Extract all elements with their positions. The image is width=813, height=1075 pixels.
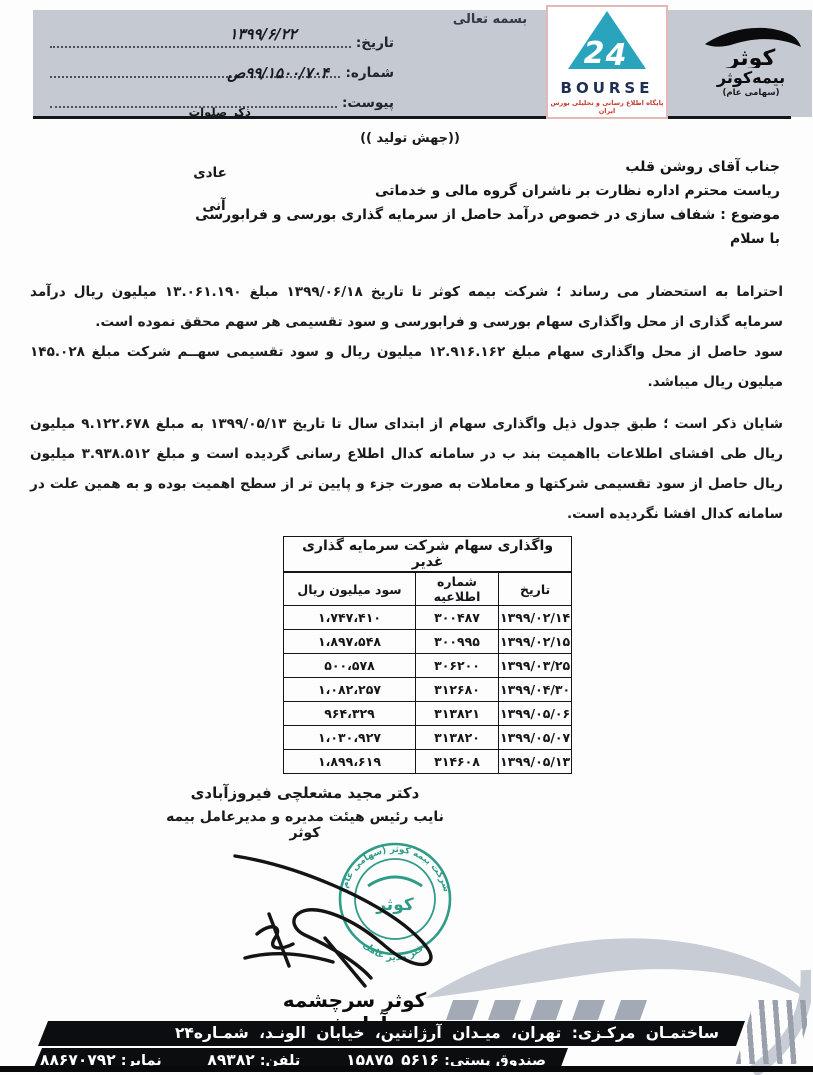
recipient-block: جناب آقای روشن قلب ریاست محترم اداره نظا… [160,159,780,255]
kowsar-logo-subtitle: (سهامی عام) [695,88,807,98]
table-row: ۱۳۹۹/۰۴/۳۰۳۱۲۶۸۰۱،۰۸۲،۲۵۷ [284,678,572,702]
table-cell: ۱،۸۹۹،۶۱۹ [284,750,416,774]
number-label: شماره: [345,65,394,84]
page-bottom-rule [0,1066,813,1072]
signature-block: دکتر مجید مشعلچی فیروزآبادی نایب رئیس هی… [150,784,460,841]
kowsar-swoosh-icon: کوثر [699,26,803,68]
table-cell: ۳۱۴۶۰۸ [416,750,499,774]
year-slogan: ((جهش تولید )) [340,131,480,146]
number-leader: ۹۹/۱۵۰۰/۷۰۴ص [50,46,340,78]
table-cell: ۳۱۳۸۲۱ [416,702,499,726]
column-header: سود میلیون ریال [284,572,416,606]
table-row: ۱۳۹۹/۰۵/۱۳۳۱۴۶۰۸۱،۸۹۹،۶۱۹ [284,750,572,774]
letterhead-fields: تاریخ: ۱۳۹۹/۶/۲۲ شماره: ۹۹/۱۵۰۰/۷۰۴ص پیو… [42,24,394,114]
table-cell: ۳۰۰۹۹۵ [416,630,499,654]
kowsar-logo: کوثر بیمه‌کوثر (سهامی عام) [695,26,807,98]
table-cell: ۱۳۹۹/۰۲/۱۵ [499,630,572,654]
recipient-name: جناب آقای روشن قلب [160,159,780,175]
table-row: ۱۳۹۹/۰۳/۲۵۳۰۶۲۰۰۵۰۰،۵۷۸ [284,654,572,678]
scanned-letter-page: بسمه تعالی تاریخ: ۱۳۹۹/۶/۲۲ شماره: ۹۹/۱۵… [0,0,813,1075]
subject-line: موضوع : شفاف سازی در خصوص درآمد حاصل از … [160,207,780,223]
attachment-leader: ذکر صلوات [50,76,337,108]
table-cell: ۱۳۹۹/۰۳/۲۵ [499,654,572,678]
table-cell: ۱،۰۸۲،۲۵۷ [284,678,416,702]
basmala-text: بسمه تعالی [430,12,550,27]
svg-text:کوثر: کوثر [726,46,776,68]
paragraph-3: شایان ذکر است ؛ طبق جدول ذیل واگذاری سها… [30,409,783,529]
table-cell: ۳۱۲۶۸۰ [416,678,499,702]
date-label: تاریخ: [356,35,394,54]
attachment-label: پیوست: [342,95,394,114]
table-cell: ۳۱۳۸۲۰ [416,726,499,750]
table-cell: ۱،۷۴۷،۴۱۰ [284,606,416,630]
table-row: ۱۳۹۹/۰۵/۰۷۳۱۳۸۲۰۱،۰۳۰،۹۲۷ [284,726,572,750]
bourse-watermark-box: 2 4 BOURSE پایگاه اطلاع رسانی و تحلیلی ب… [546,5,668,119]
letterhead-divider [33,116,791,119]
table-cell: ۵۰۰،۵۷۸ [284,654,416,678]
priority-urgent-label: آنی [184,198,244,214]
bourse-tagline: پایگاه اطلاع رسانی و تحلیلی بورس ایران [548,99,666,115]
salutation: با سلام [160,231,780,247]
table-row: ۱۳۹۹/۰۵/۰۶۳۱۳۸۲۱۹۶۴،۳۲۹ [284,702,572,726]
priority-normal-label: عادی [180,165,240,181]
table-cell: ۱۳۹۹/۰۲/۱۴ [499,606,572,630]
svg-text:4: 4 [605,38,627,73]
paragraph-2: سود حاصل از محل واگذاری سهام مبلغ ۱۲.۹۱۶… [30,337,783,397]
table-cell: ۱۳۹۹/۰۵/۰۶ [499,702,572,726]
disclosure-table: واگذاری سهام شرکت سرمایه گذاری غدیر تاری… [283,536,572,774]
kowsar-logo-title: بیمه‌کوثر [695,68,807,87]
table-cell: ۳۰۰۴۸۷ [416,606,499,630]
attachment-row: پیوست: ذکر صلوات [42,84,394,114]
recipient-title: ریاست محترم اداره نظارت بر ناشران گروه م… [160,183,780,199]
table-title: واگذاری سهام شرکت سرمایه گذاری غدیر [284,537,572,573]
table-cell: ۱،۰۳۰،۹۲۷ [284,726,416,750]
table-cell: ۱،۸۹۷،۵۴۸ [284,630,416,654]
column-header: تاریخ [499,572,572,606]
address-text: ساختمـان مرکـزی: تهران، میـدان آرژانتین،… [30,1021,745,1046]
signatory-name: دکتر مجید مشعلچی فیروزآبادی [150,784,460,802]
paragraph-1: احتراما به استحضار می رساند ؛ شرکت بیمه … [30,277,783,337]
table-cell: ۱۳۹۹/۰۵/۱۳ [499,750,572,774]
date-value: ۱۳۹۹/۶/۲۲ [229,25,296,43]
table-row: ۱۳۹۹/۰۲/۱۵۳۰۰۹۹۵۱،۸۹۷،۵۴۸ [284,630,572,654]
attachment-note: ذکر صلوات [189,105,251,119]
bourse-triangle-icon: 2 4 [550,7,664,77]
table-cell: ۱۳۹۹/۰۴/۳۰ [499,678,572,702]
date-leader: ۱۳۹۹/۶/۲۲ [50,16,351,48]
svg-text:2: 2 [584,36,605,71]
table-cell: ۹۶۴،۳۲۹ [284,702,416,726]
handwritten-signature [205,838,475,998]
address-bar: ساختمـان مرکـزی: تهران، میـدان آرژانتین،… [30,1021,745,1046]
table-row: ۱۳۹۹/۰۲/۱۴۳۰۰۴۸۷۱،۷۴۷،۴۱۰ [284,606,572,630]
table-cell: ۳۰۶۲۰۰ [416,654,499,678]
letter-body: احتراما به استحضار می رساند ؛ شرکت بیمه … [30,277,783,529]
table-title-row: واگذاری سهام شرکت سرمایه گذاری غدیر [284,537,572,573]
column-header: شماره اطلاعیه [416,572,499,606]
table-header-row: تاریخشماره اطلاعیهسود میلیون ریال [284,572,572,606]
table-cell: ۱۳۹۹/۰۵/۰۷ [499,726,572,750]
bourse-wordmark: BOURSE [548,79,666,97]
